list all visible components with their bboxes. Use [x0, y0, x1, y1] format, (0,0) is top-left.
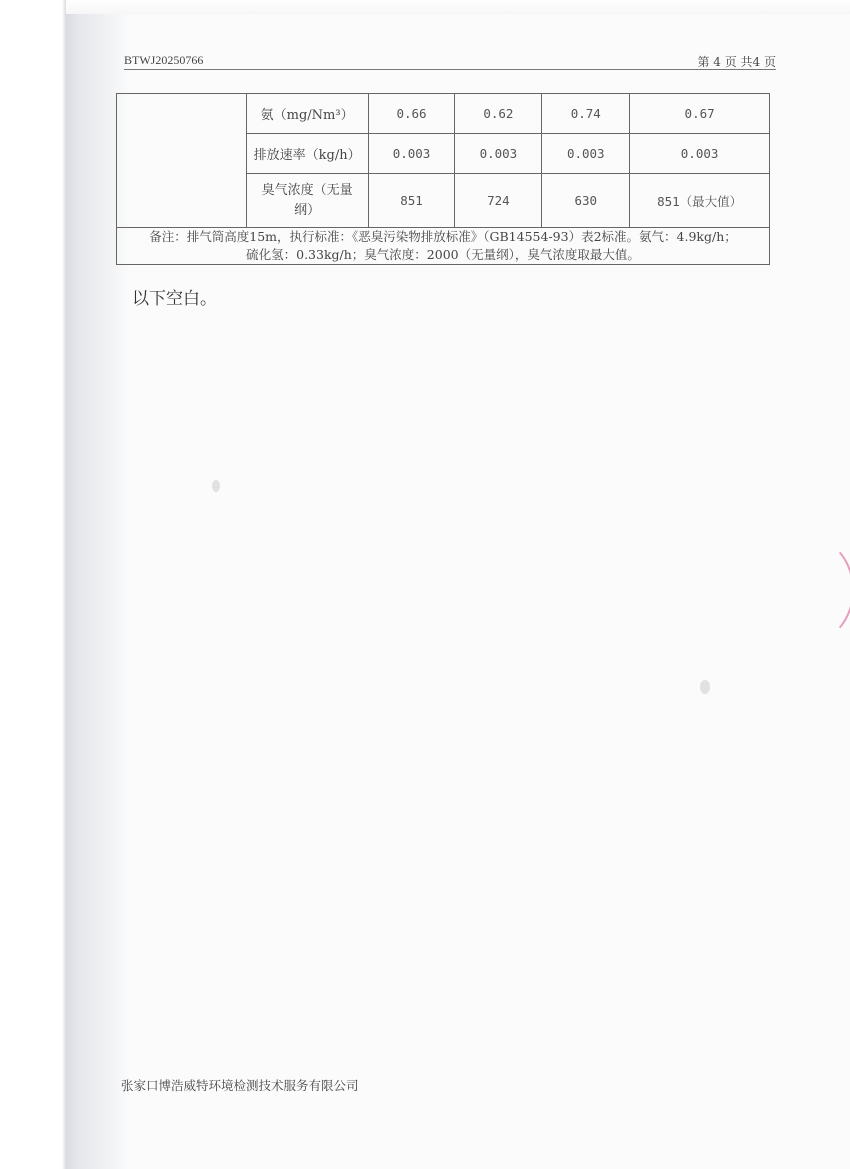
- value-cell: 724: [455, 174, 542, 228]
- value-cell: 0.003: [542, 134, 630, 174]
- page-header: BTWJ20250766 第 4 页 共4 页: [124, 53, 776, 70]
- scan-speck: [700, 680, 710, 694]
- value-cell: 0.003: [630, 134, 770, 174]
- note-row: 备注：排气筒高度15m，执行标准：《恶臭污染物排放标准》（GB14554-93）…: [117, 228, 770, 265]
- value-cell: 630: [542, 174, 630, 228]
- parameter-cell: 臭气浓度（无量纲）: [246, 174, 368, 228]
- value-cell: 0.62: [455, 94, 542, 134]
- scan-shadow: [0, 0, 130, 1169]
- scan-edge: [66, 0, 850, 14]
- value-cell: 851: [368, 174, 455, 228]
- seal-stamp: [770, 538, 850, 642]
- company-footer: 张家口博浩威特环境检测技术服务有限公司: [121, 1076, 359, 1094]
- parameter-cell: 氨（mg/Nm³）: [246, 94, 368, 134]
- empty-merged-cell: [117, 94, 247, 228]
- parameter-cell: 排放速率（kg/h）: [246, 134, 368, 174]
- table-row: 氨（mg/Nm³） 0.66 0.62 0.74 0.67: [117, 94, 770, 134]
- report-code: BTWJ20250766: [124, 53, 203, 68]
- results-table: 氨（mg/Nm³） 0.66 0.62 0.74 0.67 排放速率（kg/h）…: [116, 93, 770, 265]
- blank-below-marker: 以下空白。: [132, 284, 217, 309]
- value-cell: 0.74: [542, 94, 630, 134]
- remarks-line: 备注：排气筒高度15m，执行标准：《恶臭污染物排放标准》（GB14554-93）…: [117, 228, 769, 246]
- scan-speck: [212, 480, 220, 492]
- value-cell: 0.003: [455, 134, 542, 174]
- value-cell: 0.67: [630, 94, 770, 134]
- value-cell: 0.003: [368, 134, 455, 174]
- remarks-line: 硫化氢：0.33kg/h；臭气浓度：2000（无量纲），臭气浓度取最大值。: [117, 246, 769, 264]
- value-cell: 851（最大值）: [630, 174, 770, 228]
- remarks-cell: 备注：排气筒高度15m，执行标准：《恶臭污染物排放标准》（GB14554-93）…: [117, 228, 770, 265]
- page-indicator: 第 4 页 共4 页: [697, 53, 776, 70]
- value-cell: 0.66: [368, 94, 455, 134]
